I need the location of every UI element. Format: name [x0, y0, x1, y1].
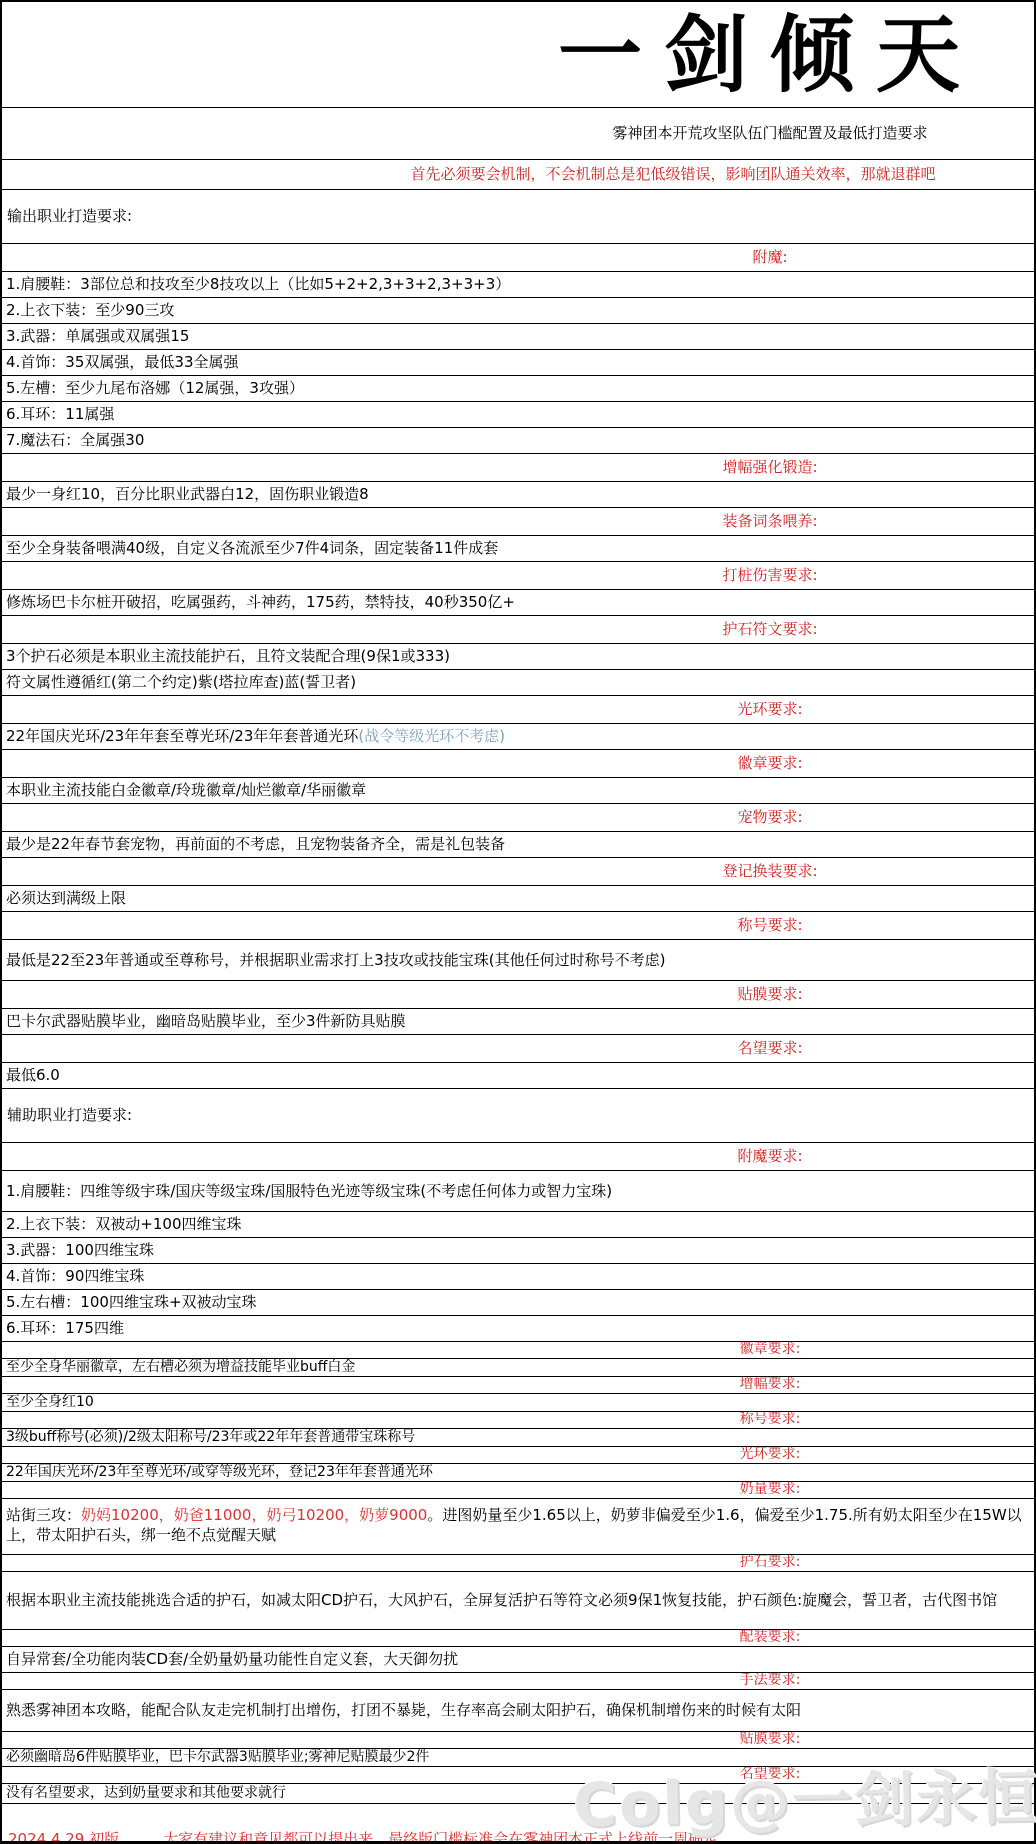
- text-segment: 站街三攻：: [6, 1506, 81, 1524]
- requirement-row: 最少一身红10，百分比职业武器白12，固伤职业锻造8: [2, 482, 1034, 508]
- requirement-row: 站街三攻：奶妈10200，奶爸11000，奶弓10200，奶萝9000。进图奶量…: [2, 1499, 1034, 1555]
- requirement-row: 4.首饰：35双属强，最低33全属强: [2, 350, 1034, 376]
- requirement-header-row: 光环要求:: [2, 1447, 1034, 1464]
- text-segment: (战令等级光环不考虑): [358, 727, 505, 746]
- document-title: 一剑倾天: [2, 2, 1034, 108]
- requirement-row: 5.左右槽：100四维宝珠+双被动宝珠: [2, 1290, 1034, 1316]
- requirement-row: 2.上衣下装：至少90三攻: [2, 298, 1034, 324]
- requirement-header-row: 奶量要求:: [2, 1482, 1034, 1499]
- requirement-header-row: 光环要求:: [2, 696, 1034, 724]
- requirement-row: 6.耳环：11属强: [2, 402, 1034, 428]
- requirement-header-row: 称号要求:: [2, 1412, 1034, 1429]
- requirement-header-row: 装备词条喂养:: [2, 508, 1034, 536]
- requirement-header-row: 贴膜要求:: [2, 981, 1034, 1009]
- text-segment: 2024 4.29 初版: [8, 1830, 119, 1842]
- requirement-row: 1.肩腰鞋：四维等级宇珠/国庆等级宝珠/国服特色光迹等级宝珠(不考虑任何体力或智…: [2, 1171, 1034, 1212]
- requirement-header-row: 手法要求:: [2, 1673, 1034, 1690]
- requirement-row: 至少全身装备喂满40级，自定义各流派至少7件4词条，固定装备11件成套: [2, 536, 1034, 562]
- requirement-row: 熟悉雾神团本攻略，能配合队友走完机制打出增伤，打团不暴毙，生存率高会刷太阳护石，…: [2, 1690, 1034, 1732]
- requirement-header-row: 徽章要求:: [2, 1342, 1034, 1359]
- requirement-row: 3个护石必须是本职业主流技能护石，且符文装配合理(9保1或333): [2, 644, 1034, 670]
- requirement-row: 至少全身红10: [2, 1394, 1034, 1412]
- requirements-sheet: 一剑倾天雾神团本开荒攻坚队伍门槛配置及最低打造要求首先必须要会机制，不会机制总是…: [0, 0, 1036, 1844]
- requirement-header-row: 增幅强化锻造:: [2, 454, 1034, 482]
- requirement-row: 最低6.0: [2, 1063, 1034, 1089]
- requirement-row: 必须达到满级上限: [2, 886, 1034, 912]
- requirement-header-row: 配装要求:: [2, 1630, 1034, 1647]
- section-row: 辅助职业打造要求:: [2, 1089, 1034, 1143]
- section-row: 输出职业打造要求:: [2, 190, 1034, 244]
- requirement-row: 最少是22年春节套宠物，再前面的不考虑，且宠物装备齐全，需是礼包装备: [2, 832, 1034, 858]
- requirement-row: 6.耳环：175四维: [2, 1316, 1034, 1342]
- requirement-header-row: 附魔:: [2, 244, 1034, 272]
- requirement-row: 5.左槽：至少九尾布洛娜（12属强，3攻强）: [2, 376, 1034, 402]
- requirement-header-row: 护石符文要求:: [2, 616, 1034, 644]
- requirement-row: 本职业主流技能白金徽章/玲珑徽章/灿烂徽章/华丽徽章: [2, 778, 1034, 804]
- requirement-row: 22年国庆光环/23年至尊光环/或穿等级光环，登记23年年套普通光环: [2, 1464, 1034, 1482]
- requirement-row: 4.首饰：90四维宝珠: [2, 1264, 1034, 1290]
- requirement-header-row: 增幅要求:: [2, 1377, 1034, 1394]
- requirement-header-row: 徽章要求:: [2, 750, 1034, 778]
- requirement-header-row: 名望要求:: [2, 1035, 1034, 1063]
- requirement-row: 7.魔法石：全属强30: [2, 428, 1034, 454]
- requirement-row: 22年国庆光环/23年年套至尊光环/23年年套普通光环(战令等级光环不考虑): [2, 724, 1034, 750]
- requirement-row: 巴卡尔武器贴膜毕业，幽暗岛贴膜毕业，至少3件新防具贴膜: [2, 1009, 1034, 1035]
- requirement-row: 1.肩腰鞋：3部位总和技攻至少8技攻以上（比如5+2+2,3+3+2,3+3+3…: [2, 272, 1034, 298]
- requirement-header-row: 贴膜要求:: [2, 1732, 1034, 1749]
- text-segment: 奶妈10200，奶爸11000，奶弓10200，奶萝9000: [81, 1506, 427, 1524]
- colg-watermark: Colg@一剑永恒: [563, 1750, 1036, 1844]
- requirement-row: 3.武器：100四维宝珠: [2, 1238, 1034, 1264]
- requirement-header-row: 打桩伤害要求:: [2, 562, 1034, 590]
- requirement-header-row: 护石要求:: [2, 1555, 1034, 1572]
- requirement-row: 至少全身华丽徽章，左右槽必须为增益技能毕业buff白金: [2, 1359, 1034, 1377]
- requirement-row: 自异常套/全功能肉装CD套/全奶量奶量功能性自定义套，大天御勿扰: [2, 1647, 1034, 1673]
- requirement-row: 修炼场巴卡尔桩开破招，吃属强药，斗神药，175药，禁特技，40秒350亿+: [2, 590, 1034, 616]
- requirement-row: 2.上衣下装：双被动+100四维宝珠: [2, 1212, 1034, 1238]
- notice-row: 首先必须要会机制，不会机制总是犯低级错误，影响团队通关效率，那就退群吧: [2, 160, 1034, 190]
- document-subtitle: 雾神团本开荒攻坚队伍门槛配置及最低打造要求: [2, 108, 1034, 160]
- requirement-row: 3.武器：单属强或双属强15: [2, 324, 1034, 350]
- requirement-header-row: 称号要求:: [2, 912, 1034, 940]
- requirement-row: 最低是22至23年普通或至尊称号，并根据职业需求打上3技攻或技能宝珠(其他任何过…: [2, 940, 1034, 981]
- requirement-header-row: 宠物要求:: [2, 804, 1034, 832]
- requirement-row: 3级buff称号(必须)/2级太阳称号/23年或22年年套普通带宝珠称号: [2, 1429, 1034, 1447]
- requirement-header-row: 附魔要求:: [2, 1143, 1034, 1171]
- requirement-row: 根据本职业主流技能挑选合适的护石，如减太阳CD护石，大风护石，全屏复活护石等符文…: [2, 1572, 1034, 1630]
- requirement-row: 符文属性遵循红(第二个约定)紫(塔拉库查)蓝(誓卫者): [2, 670, 1034, 696]
- requirement-header-row: 登记换装要求:: [2, 858, 1034, 886]
- text-segment: 22年国庆光环/23年年套至尊光环/23年年套普通光环: [6, 727, 358, 746]
